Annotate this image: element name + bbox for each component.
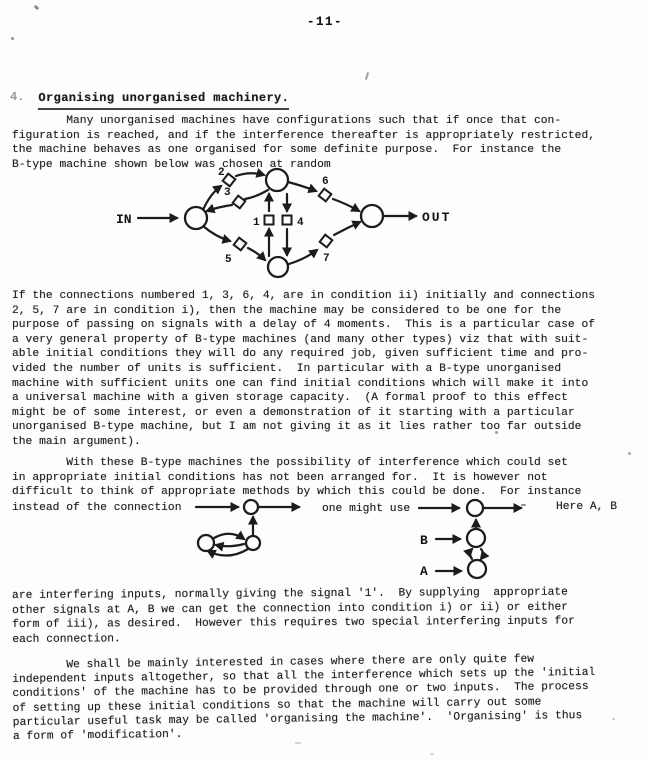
scan-speck [628, 452, 631, 455]
unit-node-bottom [468, 560, 486, 578]
scan-speck [11, 37, 14, 40]
paragraph-5: We shall be mainly interested in cases w… [12, 652, 596, 744]
connection-5: 5 [203, 226, 265, 266]
connection-label-5: 5 [225, 254, 232, 266]
interference-connection-diagram: B A [417, 497, 539, 587]
connection-label-1: 1 [253, 217, 260, 229]
connection-label-4: 4 [297, 217, 304, 229]
unit-node-middle [467, 529, 485, 547]
switch-square-3 [233, 196, 246, 209]
unit-node-loop [198, 535, 214, 551]
switch-square-4 [283, 216, 292, 225]
connection-1: 1 [253, 194, 274, 256]
loop-arc-top [214, 534, 244, 539]
switch-square-7 [320, 235, 333, 248]
paragraph-2: If the connections numbered 1, 3, 6, 4, … [12, 289, 595, 450]
out-label: OUT [422, 210, 451, 225]
a-input-label: A [420, 564, 428, 579]
section-title: Organising unorganised machinery. [38, 91, 289, 110]
unit-node-left [185, 207, 207, 229]
section-heading: 4.Organising unorganised machinery. [10, 88, 289, 110]
machine-network-diagram: IN 2 3 1 4 [103, 164, 453, 288]
plain-connection-diagram [193, 496, 318, 578]
unit-node-lower [246, 536, 260, 550]
scan-speck [495, 431, 498, 434]
switch-square-1 [265, 216, 274, 225]
loop-arc-left [470, 549, 472, 559]
scanned-page: -11- 4.Organising unorganised machinery.… [0, 0, 650, 761]
connection-label-6: 6 [322, 176, 329, 188]
loop-arc-right [481, 549, 483, 559]
connection-6: 6 [288, 176, 359, 211]
scan-speck [521, 504, 526, 506]
page-number: -11- [0, 15, 650, 29]
connection-label-3: 3 [224, 187, 231, 199]
unit-node-bottom [268, 257, 288, 277]
scan-speck [34, 5, 40, 11]
text-instead-of-connection: instead of the connection [12, 501, 181, 515]
unit-node [244, 500, 258, 514]
scan-speck [612, 718, 615, 720]
unit-node-top [266, 169, 288, 191]
loop-arc-bottom [208, 549, 248, 556]
paragraph-3: With these B-type machines the possibili… [12, 456, 581, 500]
text-one-might-use: one might use [322, 502, 410, 516]
scan-speck [430, 753, 434, 755]
connection-label-7: 7 [323, 253, 330, 265]
unit-node [467, 500, 483, 516]
unit-node-right [361, 205, 383, 227]
b-input-label: B [420, 533, 428, 548]
connection-4: 4 [283, 194, 305, 255]
loop-arc-middle [216, 544, 244, 546]
in-label: IN [116, 212, 132, 227]
scan-speck [365, 72, 369, 80]
scan-speck [295, 742, 301, 744]
connection-label-2: 2 [218, 167, 225, 179]
paragraph-4: are interfering inputs, normally giving … [12, 586, 575, 648]
section-number: 4. [10, 90, 24, 105]
switch-square-6 [319, 189, 332, 202]
switch-square-5 [234, 238, 247, 251]
text-here-a-b: Here A, B [556, 500, 617, 514]
